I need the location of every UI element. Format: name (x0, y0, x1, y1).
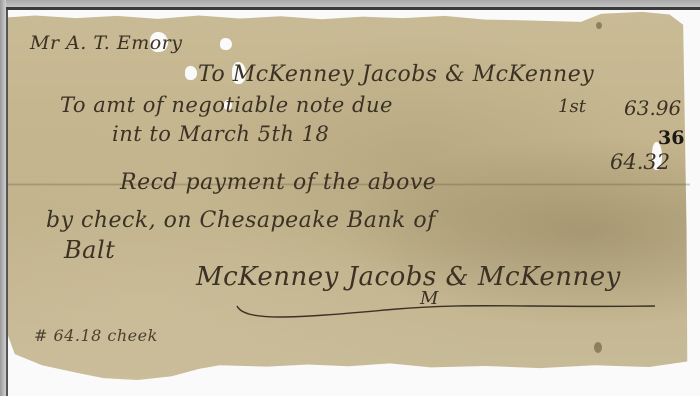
item-annotation: 1st (558, 96, 586, 117)
signature: McKenney Jacobs & McKenney (196, 262, 621, 292)
scan-background: Mr A. T. Emory To McKenney Jacobs & McKe… (0, 0, 700, 396)
creditor-line: To McKenney Jacobs & McKenney (198, 62, 594, 87)
interest-amount: 36 (658, 127, 684, 149)
addressee-line: Mr A. T. Emory (30, 32, 182, 54)
interest-line: int to March 5th 18 (112, 122, 329, 146)
ink-stain (594, 342, 602, 353)
receipt-line-3: Balt (64, 236, 115, 264)
receipt-line-1: Recd payment of the above (120, 170, 436, 195)
scanner-left-shadow (6, 10, 8, 396)
item-amount: 63.96 (624, 96, 681, 120)
ink-stain (596, 22, 602, 29)
scanner-top-edge (0, 0, 700, 7)
footer-note: # 64.18 cheek (34, 326, 158, 345)
item-line: To amt of negotiable note due (60, 93, 393, 117)
receipt-line-2: by check, on Chesapeake Bank of (46, 208, 436, 233)
paper-hole (220, 38, 232, 50)
signature-flourish (235, 300, 655, 324)
scanner-top-shadow (0, 7, 700, 10)
paper-hole (185, 66, 197, 80)
total-amount: 64.32 (610, 150, 670, 174)
